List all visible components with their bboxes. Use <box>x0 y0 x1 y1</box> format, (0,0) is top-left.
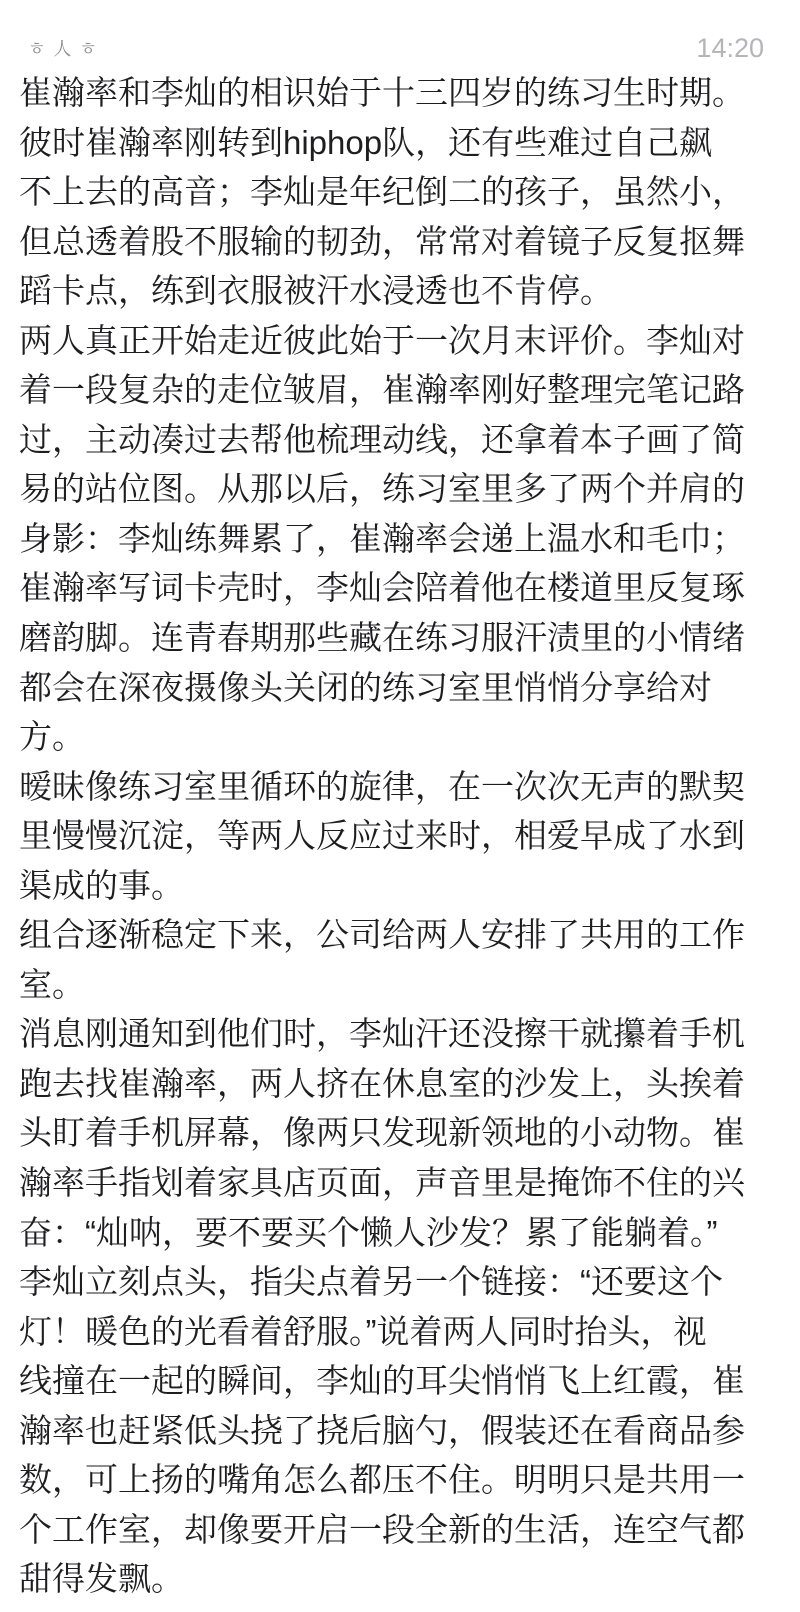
status-time: 14:20 <box>696 35 764 62</box>
text-line: 但总透着股不服输的韧劲，常常对着镜子反复抠舞 <box>19 217 790 267</box>
text-line: 消息刚通知到他们时，李灿汗还没擦干就攥着手机 <box>19 1009 790 1059</box>
text-line: 甜得发飘。 <box>19 1554 790 1604</box>
text-line: 两人真正开始走近彼此始于一次月末评价。李灿对 <box>19 316 790 366</box>
text-line: 室。 <box>19 960 790 1010</box>
watermark-label: ㅎ人ㅎ <box>28 40 105 62</box>
text-line: 线撞在一起的瞬间，李灿的耳尖悄悄飞上红霞，崔 <box>19 1356 790 1406</box>
text-line: 磨韵脚。连青春期那些藏在练习服汗渍里的小情绪 <box>19 613 790 663</box>
text-line: 渠成的事。 <box>19 861 790 911</box>
text-line: 奋：“灿呐，要不要买个懒人沙发？累了能躺着。” <box>19 1208 790 1258</box>
text-line: 易的站位图。从那以后，练习室里多了两个并肩的 <box>19 464 790 514</box>
text-line: 瀚率也赶紧低头挠了挠后脑勺，假装还在看商品参 <box>19 1406 790 1456</box>
text-line: 不上去的高音；李灿是年纪倒二的孩子，虽然小， <box>19 167 790 217</box>
text-line: 过，主动凑过去帮他梳理动线，还拿着本子画了简 <box>19 415 790 465</box>
text-line: 跑去找崔瀚率，两人挤在休息室的沙发上，头挨着 <box>19 1059 790 1109</box>
text-line: 崔瀚率写词卡壳时，李灿会陪着他在楼道里反复琢 <box>19 563 790 613</box>
text-line: 头盯着手机屏幕，像两只发现新领地的小动物。崔 <box>19 1108 790 1158</box>
text-line: 灯！暖色的光看着舒服。”说着两人同时抬头，视 <box>19 1307 790 1357</box>
text-line: 着一段复杂的走位皱眉，崔瀚率刚好整理完笔记路 <box>19 365 790 415</box>
text-line: 里慢慢沉淀，等两人反应过来时，相爱早成了水到 <box>19 811 790 861</box>
text-line: 都会在深夜摄像头关闭的练习室里悄悄分享给对 <box>19 663 790 713</box>
text-line: 彼时崔瀚率刚转到hiphop队，还有些难过自己飙 <box>19 118 790 168</box>
reading-text-body: 崔瀚率和李灿的相识始于十三四岁的练习生时期。 彼时崔瀚率刚转到hiphop队，还… <box>19 68 790 1604</box>
text-line: 蹈卡点，练到衣服被汗水浸透也不肯停。 <box>19 266 790 316</box>
text-line: 崔瀚率和李灿的相识始于十三四岁的练习生时期。 <box>19 68 790 118</box>
text-line: 李灿立刻点头，指尖点着另一个链接：“还要这个 <box>19 1257 790 1307</box>
text-line: 组合逐渐稳定下来，公司给两人安排了共用的工作 <box>19 910 790 960</box>
status-header: ㅎ人ㅎ 14:20 <box>0 0 800 62</box>
text-line: 身影：李灿练舞累了，崔瀚率会递上温水和毛巾； <box>19 514 790 564</box>
text-line: 瀚率手指划着家具店页面，声音里是掩饰不住的兴 <box>19 1158 790 1208</box>
text-line: 数，可上扬的嘴角怎么都压不住。明明只是共用一 <box>19 1455 790 1505</box>
text-line: 暧昧像练习室里循环的旋律，在一次次无声的默契 <box>19 762 790 812</box>
text-line: 个工作室，却像要开启一段全新的生活，连空气都 <box>19 1505 790 1555</box>
text-line: 方。 <box>19 712 790 762</box>
